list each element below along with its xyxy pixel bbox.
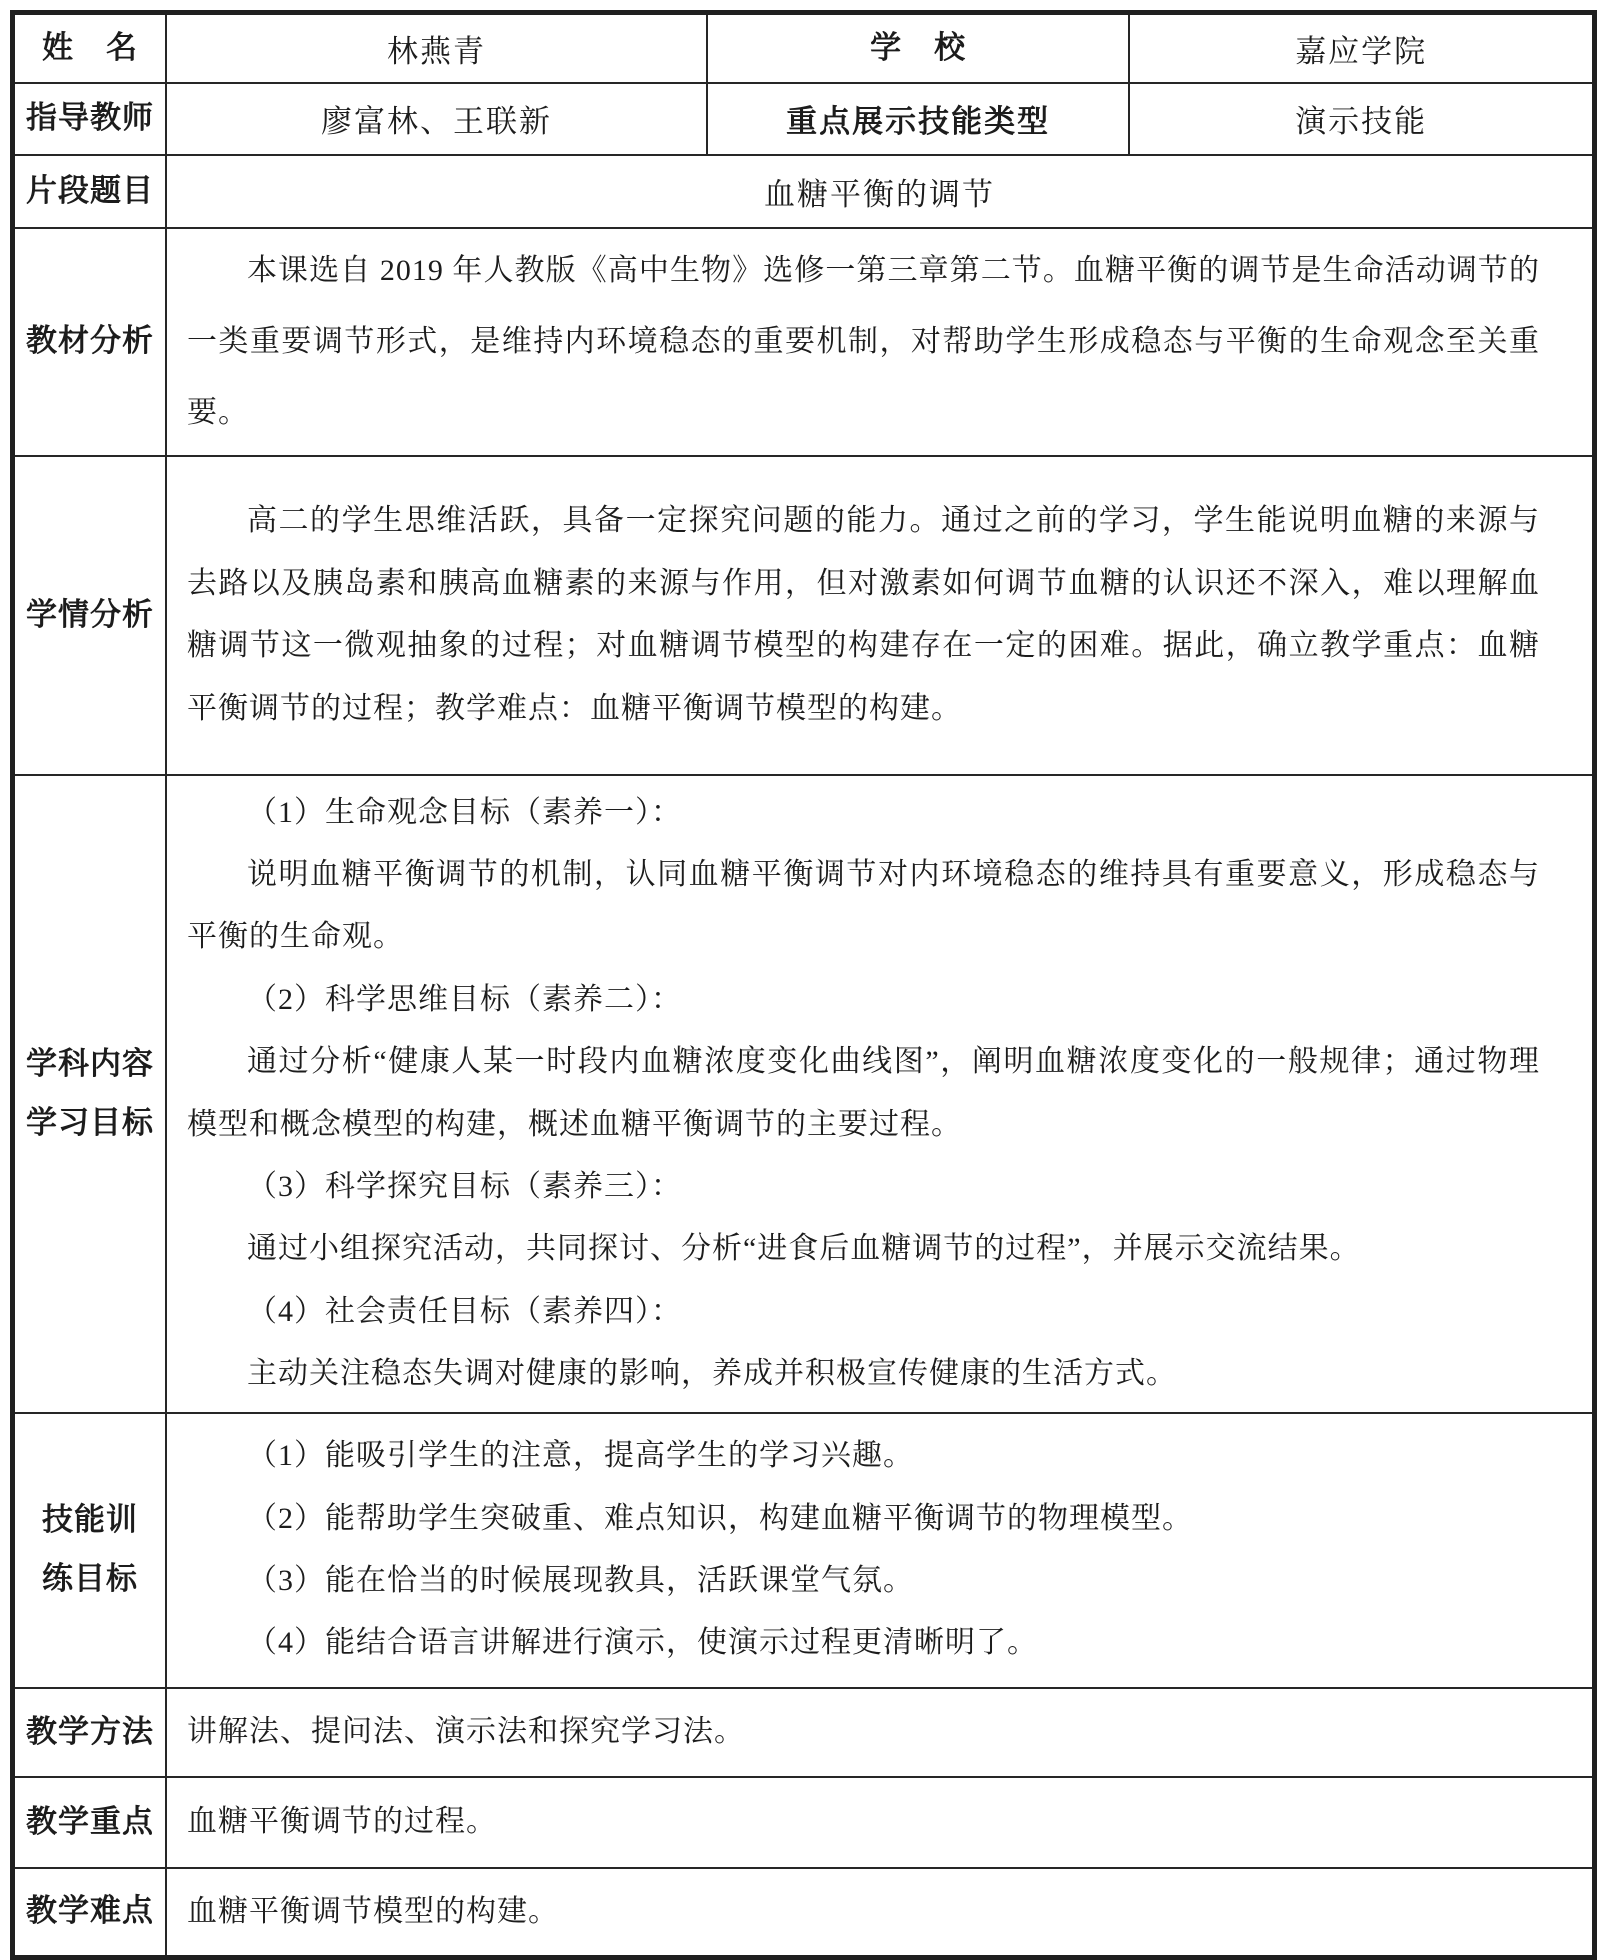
row-teaching-focus: 教学重点 血糖平衡调节的过程。 <box>13 1777 1595 1868</box>
paragraph: （2）科学思维目标（素养二）： <box>187 969 1540 1031</box>
paragraph: 说明血糖平衡调节的机制，认同血糖平衡调节对内环境稳态的维持具有重要意义，形成稳态… <box>187 844 1540 969</box>
topic-label: 片段题目 <box>13 155 166 228</box>
skill-goals-label: 技能训 练目标 <box>13 1413 166 1688</box>
content-goals-label-line1: 学科内容 <box>19 1035 161 1094</box>
row-material-analysis: 教材分析 本课选自 2019 年人教版《高中生物》选修一第三章第二节。血糖平衡的… <box>13 228 1595 456</box>
topic-value: 血糖平衡的调节 <box>166 155 1595 228</box>
teaching-focus-body: 血糖平衡调节的过程。 <box>166 1777 1595 1868</box>
paragraph: 本课选自 2019 年人教版《高中生物》选修一第三章第二节。血糖平衡的调节是生命… <box>187 235 1540 449</box>
content-goals-label: 学科内容 学习目标 <box>13 775 166 1413</box>
teaching-difficulty-label: 教学难点 <box>13 1868 166 1958</box>
name-label: 姓 名 <box>13 13 166 83</box>
skill-goals-label-line1: 技能训 <box>19 1491 161 1550</box>
content-goals-body: （1）生命观念目标（素养一）： 说明血糖平衡调节的机制，认同血糖平衡调节对内环境… <box>166 775 1595 1413</box>
paragraph: （4）社会责任目标（素养四）： <box>187 1281 1540 1343</box>
row-topic: 片段题目 血糖平衡的调节 <box>13 155 1595 228</box>
row-skill-goals: 技能训 练目标 （1）能吸引学生的注意，提高学生的学习兴趣。 （2）能帮助学生突… <box>13 1413 1595 1688</box>
row-name-school: 姓 名 林燕青 学 校 嘉应学院 <box>13 13 1595 83</box>
paragraph: 通过分析“健康人某一时段内血糖浓度变化曲线图”，阐明血糖浓度变化的一般规律；通过… <box>187 1031 1540 1156</box>
teaching-method-label: 教学方法 <box>13 1688 166 1777</box>
paragraph: 主动关注稳态失调对健康的影响，养成并积极宣传健康的生活方式。 <box>187 1343 1540 1405</box>
lesson-plan-table: 姓 名 林燕青 学 校 嘉应学院 指导教师 廖富林、王联新 重点展示技能类型 演… <box>10 10 1597 1960</box>
row-content-goals: 学科内容 学习目标 （1）生命观念目标（素养一）： 说明血糖平衡调节的机制，认同… <box>13 775 1595 1413</box>
paragraph: （3）科学探究目标（素养三）： <box>187 1156 1540 1218</box>
paragraph: （2）能帮助学生突破重、难点知识，构建血糖平衡调节的物理模型。 <box>187 1488 1540 1550</box>
skill-type-value: 演示技能 <box>1129 83 1594 155</box>
material-analysis-label: 教材分析 <box>13 228 166 456</box>
advisor-value: 廖富林、王联新 <box>166 83 707 155</box>
paragraph: （1）能吸引学生的注意，提高学生的学习兴趣。 <box>187 1425 1540 1487</box>
material-analysis-body: 本课选自 2019 年人教版《高中生物》选修一第三章第二节。血糖平衡的调节是生命… <box>166 228 1595 456</box>
row-teaching-difficulty: 教学难点 血糖平衡调节模型的构建。 <box>13 1868 1595 1958</box>
school-value: 嘉应学院 <box>1129 13 1594 83</box>
teaching-method-body: 讲解法、提问法、演示法和探究学习法。 <box>166 1688 1595 1777</box>
skill-goals-body: （1）能吸引学生的注意，提高学生的学习兴趣。 （2）能帮助学生突破重、难点知识，… <box>166 1413 1595 1688</box>
skill-goals-label-line2: 练目标 <box>19 1550 161 1609</box>
learner-analysis-label: 学情分析 <box>13 456 166 775</box>
school-label: 学 校 <box>707 13 1129 83</box>
paragraph: （1）生命观念目标（素养一）： <box>187 782 1540 844</box>
paragraph: 高二的学生思维活跃，具备一定探究问题的能力。通过之前的学习，学生能说明血糖的来源… <box>187 490 1540 740</box>
paragraph: （4）能结合语言讲解进行演示，使演示过程更清晰明了。 <box>187 1612 1540 1674</box>
row-teaching-method: 教学方法 讲解法、提问法、演示法和探究学习法。 <box>13 1688 1595 1777</box>
teaching-method-value: 讲解法、提问法、演示法和探究学习法。 <box>187 1701 1572 1763</box>
teaching-difficulty-body: 血糖平衡调节模型的构建。 <box>166 1868 1595 1958</box>
skill-type-label: 重点展示技能类型 <box>707 83 1129 155</box>
teaching-difficulty-value: 血糖平衡调节模型的构建。 <box>187 1881 1572 1943</box>
paragraph: （3）能在恰当的时候展现教具，活跃课堂气氛。 <box>187 1550 1540 1612</box>
lesson-plan-form: 姓 名 林燕青 学 校 嘉应学院 指导教师 廖富林、王联新 重点展示技能类型 演… <box>0 0 1607 1935</box>
content-goals-label-line2: 学习目标 <box>19 1094 161 1153</box>
learner-analysis-body: 高二的学生思维活跃，具备一定探究问题的能力。通过之前的学习，学生能说明血糖的来源… <box>166 456 1595 775</box>
row-learner-analysis: 学情分析 高二的学生思维活跃，具备一定探究问题的能力。通过之前的学习，学生能说明… <box>13 456 1595 775</box>
advisor-label: 指导教师 <box>13 83 166 155</box>
name-value: 林燕青 <box>166 13 707 83</box>
paragraph: 通过小组探究活动，共同探讨、分析“进食后血糖调节的过程”，并展示交流结果。 <box>187 1218 1540 1280</box>
row-advisor-skilltype: 指导教师 廖富林、王联新 重点展示技能类型 演示技能 <box>13 83 1595 155</box>
teaching-focus-value: 血糖平衡调节的过程。 <box>187 1791 1572 1853</box>
teaching-focus-label: 教学重点 <box>13 1777 166 1868</box>
